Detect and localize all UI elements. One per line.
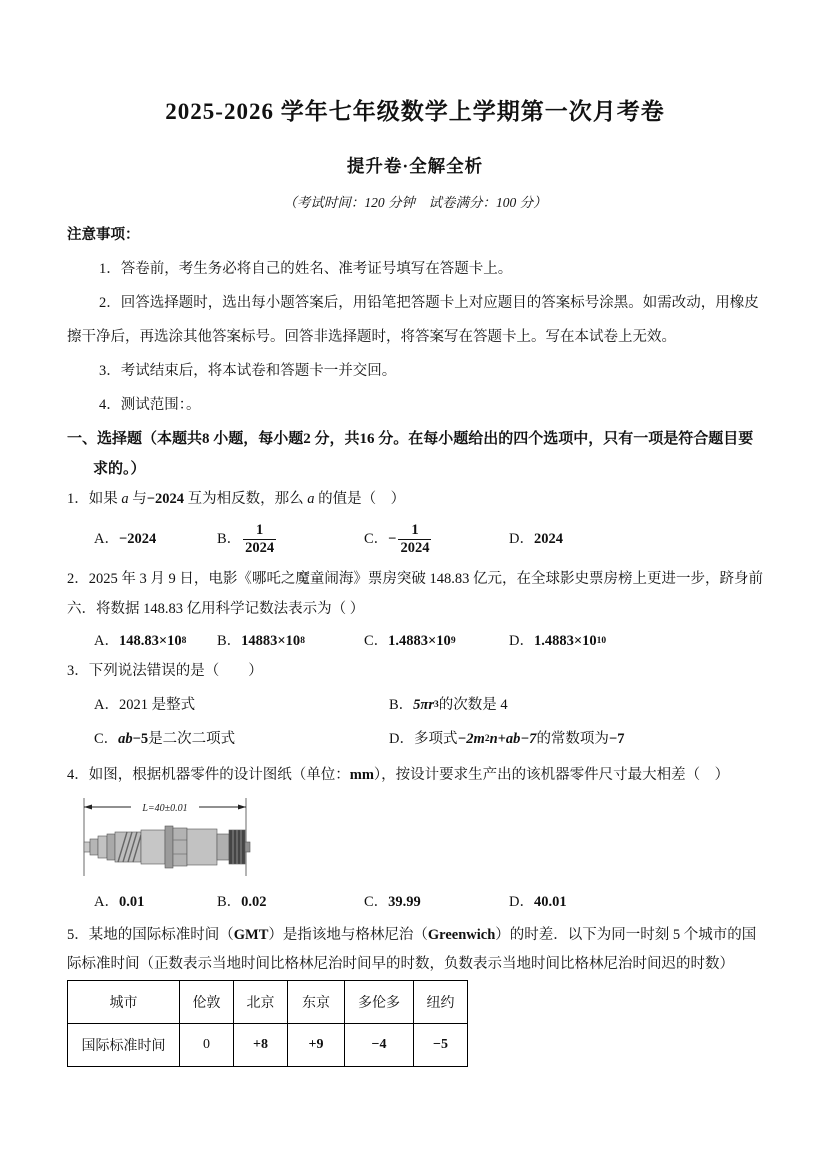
option-value: 0.02 — [241, 887, 266, 917]
question-2-options: A．148.83×108 B．14883×108 C．1.4883×109 D．… — [67, 626, 763, 656]
unit-mm: mm — [350, 767, 374, 783]
q4-option-d: D．40.01 — [509, 887, 763, 917]
question-4-options: A．0.01 B．0.02 C．39.99 D．40.01 — [67, 887, 763, 917]
greenwich-label: Greenwich — [428, 927, 495, 943]
gmt-label: GMT — [234, 927, 269, 943]
machine-part-figure: L=40±0.01 — [77, 794, 763, 885]
option-letter: D． — [509, 524, 534, 554]
question-3-options-row2: C．ab−5 是二次二项式 D．多项式−2m2n+ab−7 的常数项为−7 — [67, 724, 763, 754]
option-letter: D． — [389, 724, 414, 754]
option-text: 的常数项为 — [536, 724, 609, 754]
option-letter: C． — [94, 724, 118, 754]
table-header-row: 城市 伦敦 北京 东京 多伦多 纽约 — [68, 981, 468, 1024]
option-value: 148.83×10 — [119, 626, 182, 656]
time-zone-table: 城市 伦敦 北京 东京 多伦多 纽约 国际标准时间 0 +8 +9 −4 −5 — [67, 980, 468, 1067]
math-expression: −5 — [133, 724, 149, 754]
q3-option-b: B．5πr3 的次数是 4 — [389, 690, 763, 720]
q1-stem-text: 的值是（ ） — [315, 491, 406, 507]
math-expression: n+ab−7 — [490, 724, 537, 754]
q3-option-c: C．ab−5 是二次二项式 — [94, 724, 389, 754]
option-value: 0.01 — [119, 887, 144, 917]
question-4-stem: 4．如图，根据机器零件的设计图纸（单位：mm），按设计要求生产出的该机器零件尺寸… — [67, 760, 763, 790]
option-value: 14883×10 — [241, 626, 300, 656]
table-data-row: 国际标准时间 0 +8 +9 −4 −5 — [68, 1024, 468, 1067]
q1-var-a: a — [121, 491, 128, 507]
question-3-options-row1: A．2021 是整式 B．5πr3 的次数是 4 — [67, 690, 763, 720]
q1-stem-text: 互为相反数，那么 — [184, 491, 307, 507]
q2-option-c: C．1.4883×109 — [364, 626, 509, 656]
value-cell: +8 — [234, 1024, 288, 1067]
q2-option-b: B．14883×108 — [217, 626, 364, 656]
dimension-label: L=40±0.01 — [141, 803, 187, 814]
fraction-denominator: 2024 — [398, 540, 431, 557]
q1-number: −2024 — [147, 491, 184, 507]
q1-option-c: C．−12024 — [364, 522, 509, 557]
math-expression: 5πr — [413, 690, 434, 720]
question-5-stem: 5．某地的国际标准时间（GMT）是指该地与格林尼治（Greenwich）的时差．… — [67, 921, 763, 979]
header-cell: 北京 — [234, 981, 288, 1024]
q2-option-a: A．148.83×108 — [94, 626, 217, 656]
math-expression: ab — [118, 724, 133, 754]
notice-item-2: 2．回答选择题时，选出每小题答案后，用铅笔把答题卡上对应题目的答案标号涂黑。如需… — [67, 286, 763, 354]
question-1-stem: 1．如果 a 与−2024 互为相反数，那么 a 的值是（ ） — [67, 484, 763, 514]
section1-heading: 一、选择题（本题共8 小题，每小题2 分，共16 分。在每小题给出的四个选项中，… — [67, 424, 763, 484]
option-value: 2021 是整式 — [119, 690, 195, 720]
q4-stem-text: 4．如图，根据机器零件的设计图纸（单位： — [67, 767, 350, 783]
q5-stem-text: ）是指该地与格林尼治（ — [268, 927, 428, 943]
fraction-numerator: 1 — [243, 522, 276, 540]
option-value: 39.99 — [388, 887, 421, 917]
q1-var-a: a — [307, 491, 314, 507]
q1-stem-text: 与 — [129, 491, 147, 507]
q1-stem-text: 1．如果 — [67, 491, 121, 507]
q1-option-a: A．−2024 — [94, 524, 217, 554]
option-letter: A． — [94, 887, 119, 917]
option-letter: A． — [94, 626, 119, 656]
fraction-numerator: 1 — [398, 522, 431, 540]
notice-section: 注意事项： 1．答卷前，考生务必将自己的姓名、准考证号填写在答题卡上。 2．回答… — [67, 218, 763, 422]
notice-item-3: 3．考试结束后，将本试卷和答题卡一并交回。 — [67, 354, 763, 388]
math-expression: −7 — [609, 724, 625, 754]
notice-item-4: 4．测试范围：。 — [67, 388, 763, 422]
fraction-denominator: 2024 — [243, 540, 276, 557]
option-letter: C． — [364, 626, 388, 656]
q1-option-d: D．2024 — [509, 524, 763, 554]
exam-subtitle: 提升卷·全解全析 — [67, 154, 763, 178]
row-label-cell: 国际标准时间 — [68, 1024, 180, 1067]
header-cell: 多伦多 — [345, 981, 414, 1024]
hex-nut — [173, 828, 187, 866]
q4-stem-text: ），按设计要求生产出的该机器零件尺寸最大相差（ ） — [374, 767, 729, 783]
q2-option-d: D．1.4883×1010 — [509, 626, 763, 656]
option-letter: B． — [217, 626, 241, 656]
part-body — [84, 826, 250, 868]
header-cell: 东京 — [288, 981, 345, 1024]
q4-option-a: A．0.01 — [94, 887, 217, 917]
option-value: 2024 — [534, 524, 563, 554]
option-letter: C． — [364, 887, 388, 917]
option-text: 多项式 — [414, 724, 458, 754]
option-value: 40.01 — [534, 887, 567, 917]
q5-stem-text: 5．某地的国际标准时间（ — [67, 927, 234, 943]
fraction: 12024 — [243, 522, 276, 557]
option-letter: A． — [94, 690, 119, 720]
page-content: 2025-2026 学年七年级数学上学期第一次月考卷 提升卷·全解全析 （考试时… — [67, 0, 763, 1067]
fraction: 12024 — [398, 522, 431, 557]
exam-paper-page: 2025-2026 学年七年级数学上学期第一次月考卷 提升卷·全解全析 （考试时… — [0, 0, 827, 1169]
option-value: −2024 — [119, 524, 156, 554]
notice-item-1: 1．答卷前，考生务必将自己的姓名、准考证号填写在答题卡上。 — [67, 252, 763, 286]
option-value: 1.4883×10 — [388, 626, 451, 656]
q1-option-b: B．12024 — [217, 522, 364, 557]
option-letter: B． — [389, 690, 413, 720]
header-cell: 城市 — [68, 981, 180, 1024]
flange-ring — [165, 826, 173, 868]
exam-info: （考试时间：120 分钟 试卷满分：100 分） — [67, 194, 763, 212]
question-1-options: A．−2024 B．12024 C．−12024 D．2024 — [67, 514, 763, 564]
notice-heading: 注意事项： — [67, 218, 763, 252]
option-letter: D． — [509, 887, 534, 917]
question-2-stem: 2．2025 年 3 月 9 日，电影《哪吒之魔童闹海》票房突破 148.83 … — [67, 564, 763, 624]
minus-sign: − — [388, 524, 396, 554]
q4-option-b: B．0.02 — [217, 887, 364, 917]
option-letter: A． — [94, 524, 119, 554]
option-value: 1.4883×10 — [534, 626, 597, 656]
option-letter: B． — [217, 887, 241, 917]
option-text: 的次数是 4 — [439, 690, 508, 720]
question-3-stem: 3．下列说法错误的是（ ） — [67, 656, 763, 686]
option-letter: B． — [217, 524, 241, 554]
machine-part-drawing: L=40±0.01 — [77, 794, 253, 880]
math-expression: −2m — [457, 724, 484, 754]
option-text: 是二次二项式 — [148, 724, 235, 754]
arrowhead-right — [238, 805, 246, 810]
value-cell: +9 — [288, 1024, 345, 1067]
value-cell: 0 — [180, 1024, 234, 1067]
header-cell: 纽约 — [414, 981, 468, 1024]
arrowhead-left — [84, 805, 92, 810]
option-letter: C． — [364, 524, 388, 554]
q4-option-c: C．39.99 — [364, 887, 509, 917]
value-cell: −5 — [414, 1024, 468, 1067]
q3-option-a: A．2021 是整式 — [94, 690, 389, 720]
header-cell: 伦敦 — [180, 981, 234, 1024]
option-letter: D． — [509, 626, 534, 656]
exam-title: 2025-2026 学年七年级数学上学期第一次月考卷 — [67, 96, 763, 128]
q3-option-d: D．多项式−2m2n+ab−7 的常数项为−7 — [389, 724, 763, 754]
value-cell: −4 — [345, 1024, 414, 1067]
